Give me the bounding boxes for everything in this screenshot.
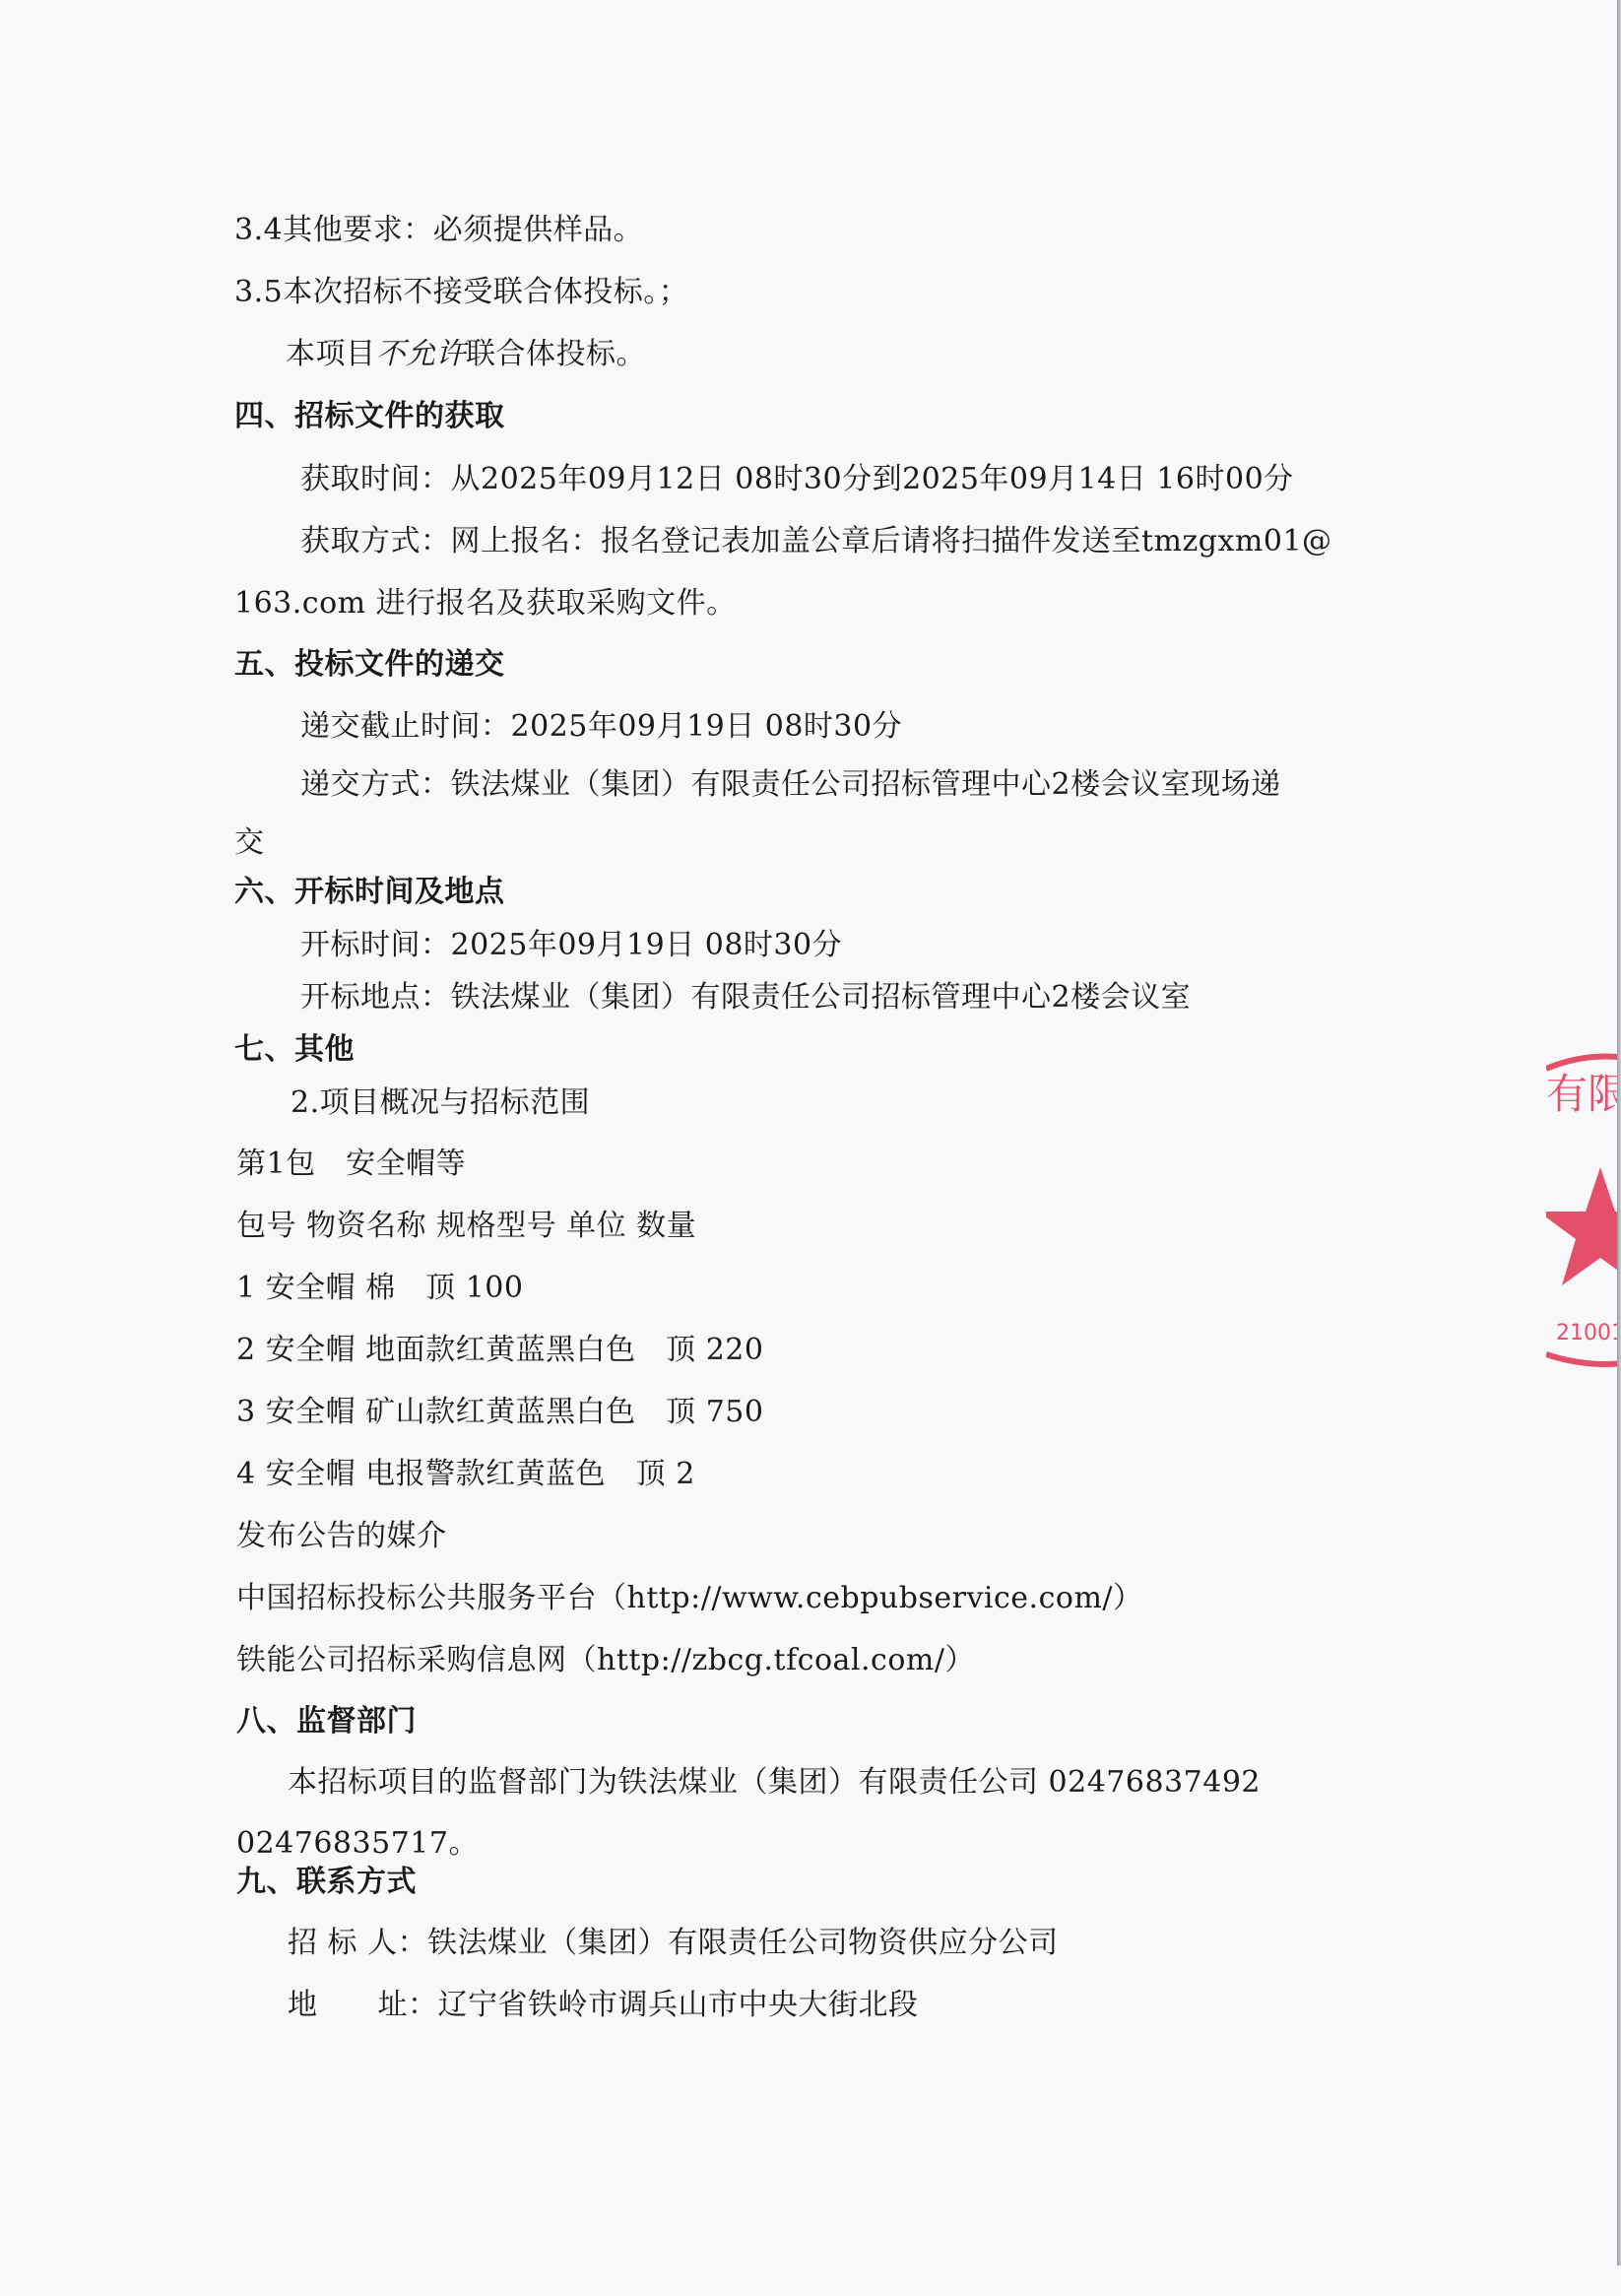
section-9-title: 九、联系方式: [236, 1863, 417, 1902]
submission-method-line2: 交: [234, 823, 265, 863]
consortium-not-allowed: 不允许: [376, 337, 467, 371]
seal-code: 21001: [1556, 1321, 1621, 1345]
submission-method-line1: 递交方式：铁法煤业（集团）有限责任公司招标管理中心2楼会议室现场递: [300, 765, 1281, 805]
opening-time: 开标时间：2025年09月19日 08时30分: [300, 926, 842, 965]
supervision-text-line2: 02476835717。: [236, 1824, 479, 1864]
items-table-header: 包号 物资名称 规格型号 单位 数量: [236, 1207, 696, 1246]
supervision-text-line1: 本招标项目的监督部门为铁法煤业（集团）有限责任公司 02476837492: [288, 1763, 1261, 1803]
section-5-title: 五、投标文件的递交: [234, 645, 505, 685]
section-4-title: 四、招标文件的获取: [234, 397, 505, 436]
address-line: 地 址：辽宁省铁岭市调兵山市中央大街北段: [288, 1986, 919, 2025]
svg-text:有限责: 有限责: [1546, 1070, 1621, 1118]
requirement-3-5: 3.5本次招标不接受联合体投标。；: [234, 273, 688, 312]
section-7-title: 七、其他: [234, 1030, 355, 1070]
tenderer-line: 招 标 人：铁法煤业（集团）有限责任公司物资供应分公司: [288, 1924, 1059, 1963]
media-link-tfcoal: 铁能公司招标采购信息网（http://zbcg.tfcoal.com/）: [236, 1641, 975, 1680]
section-8-title: 八、监督部门: [236, 1702, 417, 1741]
media-title: 发布公告的媒介: [236, 1517, 447, 1556]
item-row: 3 安全帽 矿山款红黄蓝黑白色 顶 750: [236, 1393, 763, 1432]
item-row: 2 安全帽 地面款红黄蓝黑白色 顶 220: [236, 1331, 763, 1370]
consortium-note: 本项目不允许联合体投标。: [286, 335, 646, 374]
item-row: 1 安全帽 棉 顶 100: [236, 1269, 523, 1308]
section-6-title: 六、开标时间及地点: [234, 873, 505, 912]
consortium-suffix: 联合体投标。: [466, 337, 646, 371]
obtain-time: 获取时间：从2025年09月12日 08时30分到2025年09月14日 16时…: [300, 460, 1294, 499]
project-scope-subtitle: 2.项目概况与招标范围: [291, 1083, 590, 1123]
package-title: 第1包 安全帽等: [236, 1145, 466, 1184]
opening-place: 开标地点：铁法煤业（集团）有限责任公司招标管理中心2楼会议室: [300, 978, 1191, 1017]
submission-deadline: 递交截止时间：2025年09月19日 08时30分: [300, 707, 902, 747]
document-page: 3.4其他要求：必须提供样品。 3.5本次招标不接受联合体投标。； 本项目不允许…: [0, 0, 1617, 2265]
company-seal-icon: 有限责 21001: [1546, 1049, 1621, 1374]
requirement-3-4: 3.4其他要求：必须提供样品。: [234, 211, 643, 250]
page-edge: [1617, 0, 1621, 2265]
obtain-method-line1: 获取方式：网上报名：报名登记表加盖公章后请将扫描件发送至tmzgxm01@: [300, 522, 1332, 561]
obtain-method-line2: 163.com 进行报名及获取采购文件。: [234, 584, 737, 623]
consortium-prefix: 本项目: [286, 337, 376, 371]
media-link-cebpubservice: 中国招标投标公共服务平台（http://www.cebpubservice.co…: [236, 1579, 1143, 1618]
item-row: 4 安全帽 电报警款红黄蓝色 顶 2: [236, 1455, 695, 1494]
